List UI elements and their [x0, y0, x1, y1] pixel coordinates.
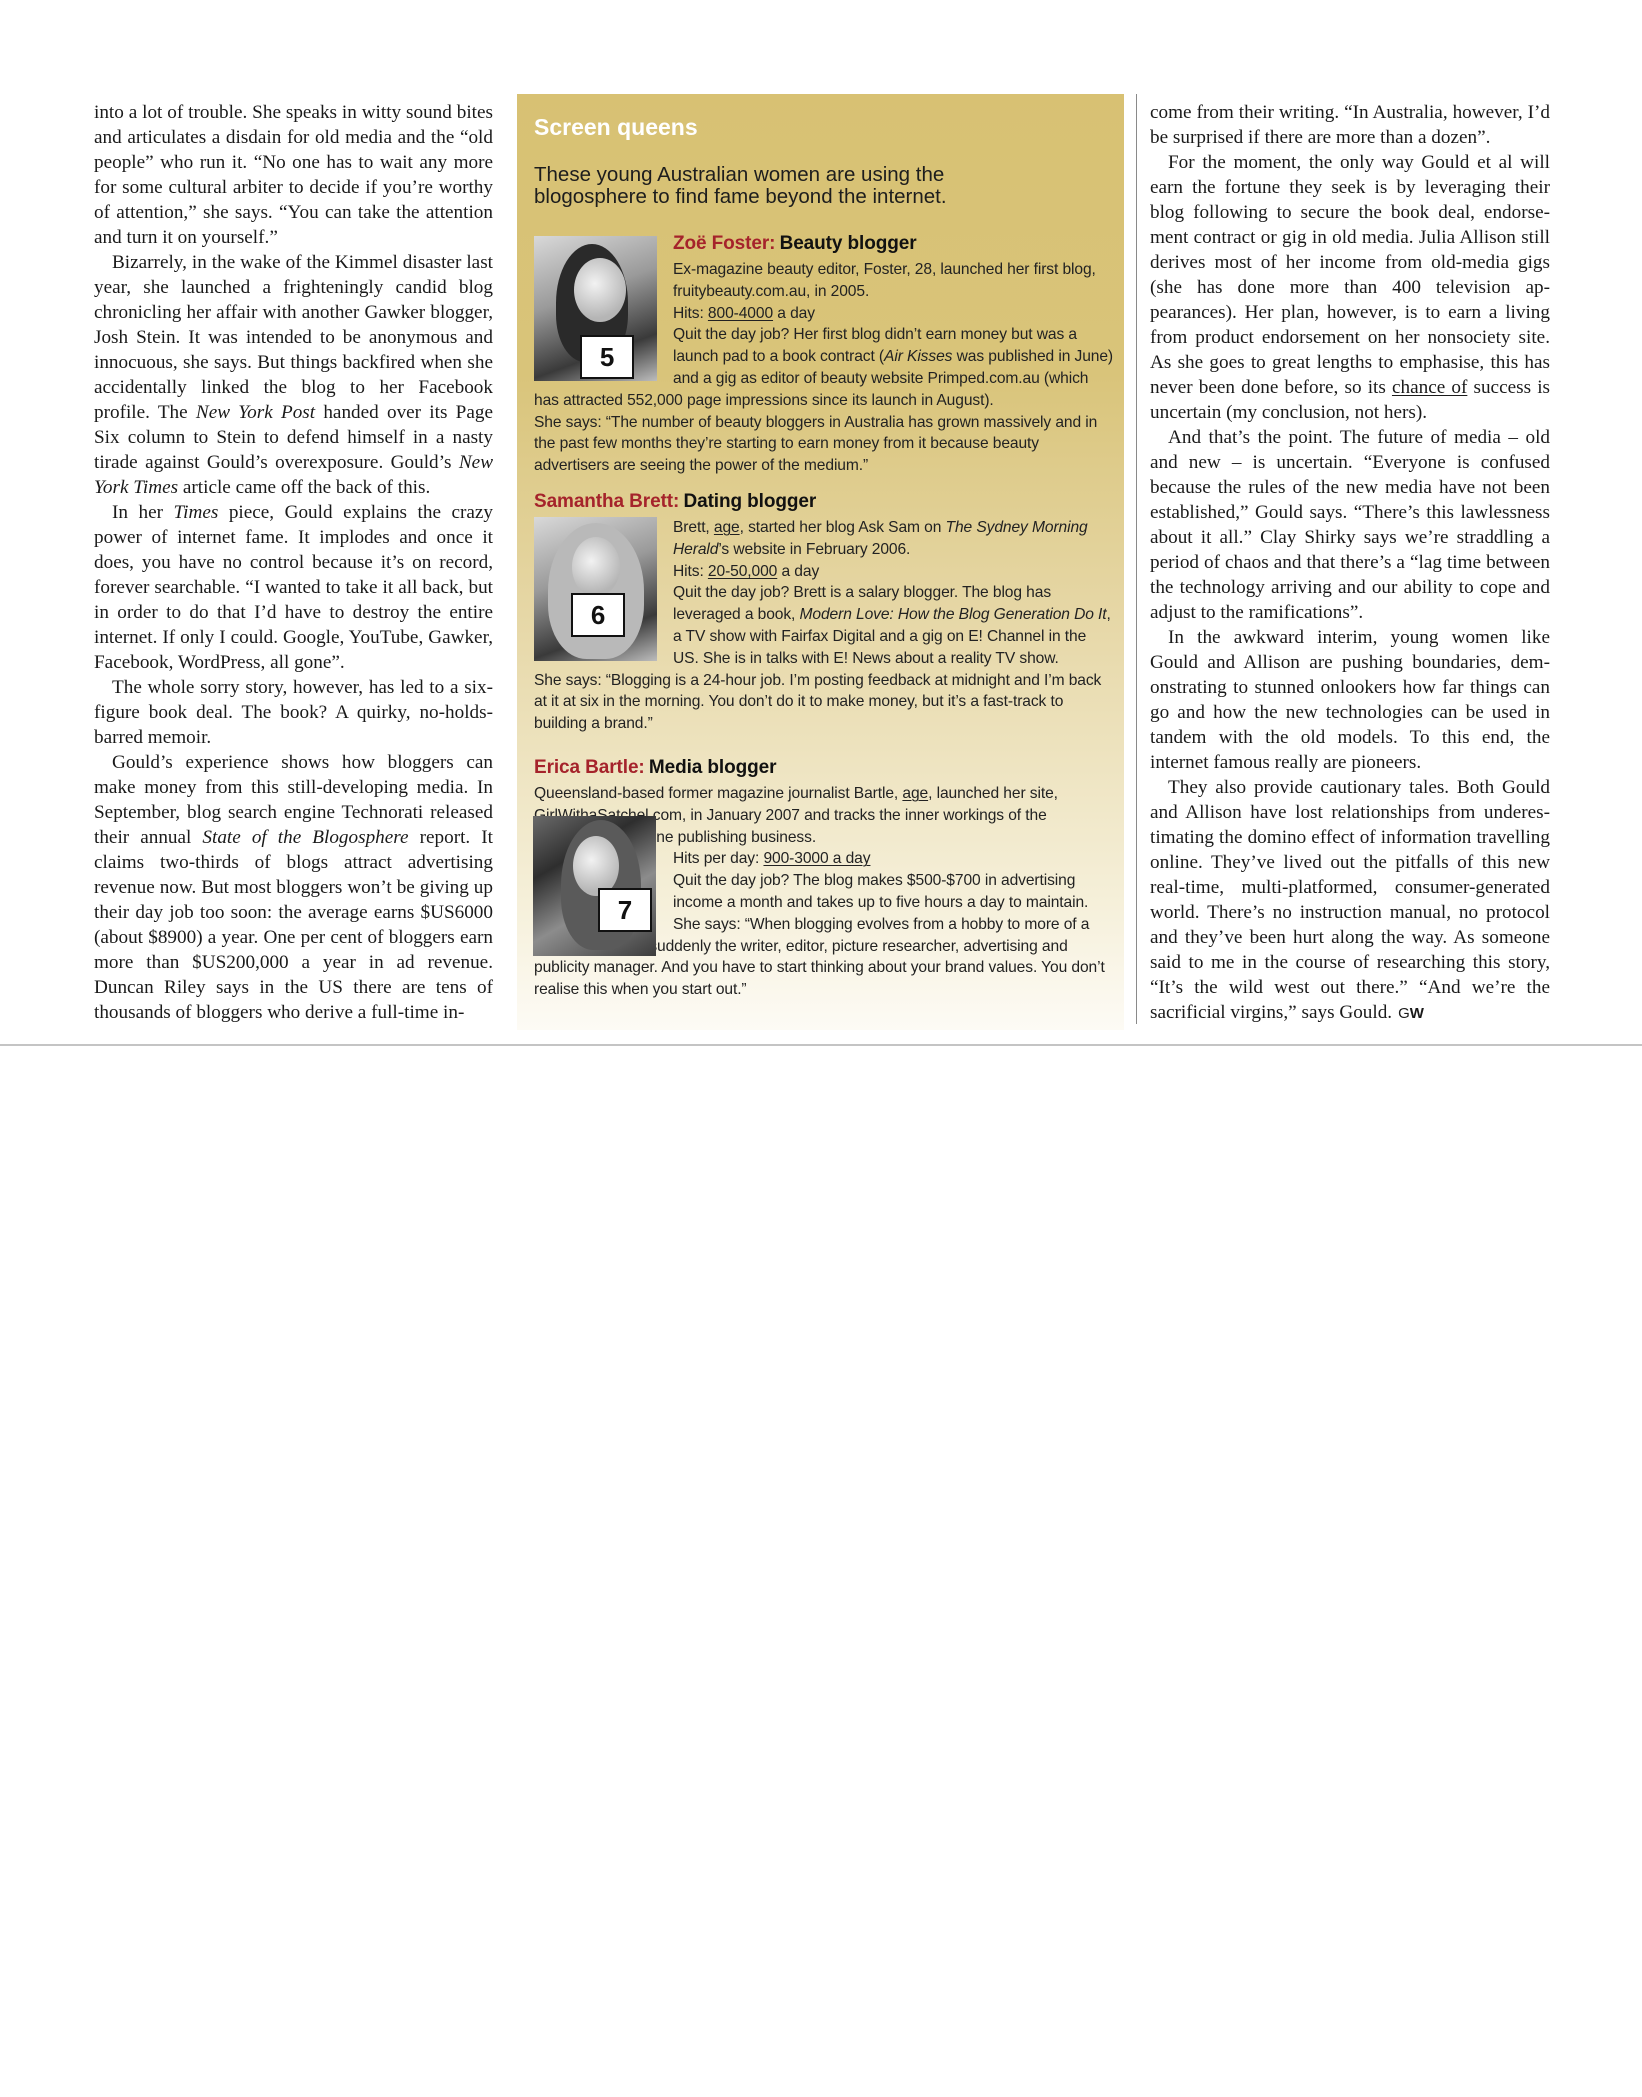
blogger-photo: 7 — [533, 816, 656, 956]
blogger-name: Samantha Brett: — [534, 491, 679, 512]
blogger-heading: Samantha Brett: Dating blogger — [534, 490, 1114, 515]
age-placeholder: age — [714, 519, 740, 536]
photo-number-badge: 6 — [571, 593, 625, 637]
photo-number-badge: 5 — [580, 335, 634, 379]
report-title: State of the Blogosphere — [202, 827, 408, 848]
article-left-column: into a lot of trouble. She speaks in wit… — [94, 100, 493, 1025]
paragraph: For the moment, the only way Gould et al… — [1150, 150, 1550, 425]
page-bottom-rule — [0, 1044, 1642, 1046]
blogger-photo: 6 — [534, 517, 657, 661]
book-title: Air Kisses — [884, 348, 952, 365]
blogger-role: Dating blogger — [683, 491, 816, 512]
paragraph: into a lot of trouble. She speaks in wit… — [94, 100, 493, 250]
book-title: Modern Love: How the Blog Generation Do … — [800, 606, 1107, 623]
paragraph: come from their writing. “In Australia, … — [1150, 100, 1550, 150]
paragraph: Gould’s experience shows how bloggers ca… — [94, 750, 493, 1025]
paragraph: In her Times piece, Gould explains the c… — [94, 500, 493, 675]
end-mark-logo: GW — [1398, 1005, 1424, 1022]
age-placeholder: age — [902, 785, 928, 802]
hits-value: 20-50,000 — [708, 563, 777, 580]
blogger-photo: 5 — [534, 236, 657, 381]
article-right-column: come from their writing. “In Australia, … — [1150, 100, 1550, 1026]
hits-value: 900-3000 a day — [763, 850, 870, 867]
blogger-role: Media blogger — [649, 757, 777, 778]
hits-value: 800-4000 — [708, 305, 773, 322]
paragraph: In the awkward interim, young women like… — [1150, 625, 1550, 775]
blogger-heading: Erica Bartle: Media blogger — [534, 756, 1114, 781]
column-divider — [1136, 94, 1137, 1024]
publication-name: New York Post — [196, 402, 315, 423]
blogger-name: Erica Bartle: — [534, 757, 645, 778]
underlined-phrase: chance of — [1392, 377, 1467, 398]
sidebar-intro: These young Australian women are using t… — [534, 164, 1004, 208]
blogger-role: Beauty blogger — [780, 233, 917, 254]
blogger-entry: Samantha Brett: Dating blogger 6 Brett, … — [534, 490, 1114, 735]
photo-number-badge: 7 — [598, 888, 652, 932]
sidebar-title: Screen queens — [534, 114, 698, 141]
blogger-entry: 5 Zoë Foster: Beauty blogger Ex-magazine… — [534, 232, 1114, 477]
publication-name: Times — [174, 502, 219, 523]
paragraph: The whole sorry story, however, has led … — [94, 675, 493, 750]
paragraph: And that’s the point. The future of medi… — [1150, 425, 1550, 625]
blogger-quote: She says: “Blogging is a 24-hour job. I’… — [534, 670, 1114, 735]
blogger-quote: She says: “The number of beauty bloggers… — [534, 412, 1114, 477]
paragraph: They also provide cautionary tales. Both… — [1150, 775, 1550, 1026]
paragraph: Bizarrely, in the wake of the Kimmel dis… — [94, 250, 493, 500]
blogger-name: Zoë Foster: — [673, 233, 775, 254]
sidebar-box-screen-queens: Screen queens These young Australian wom… — [517, 94, 1124, 1030]
